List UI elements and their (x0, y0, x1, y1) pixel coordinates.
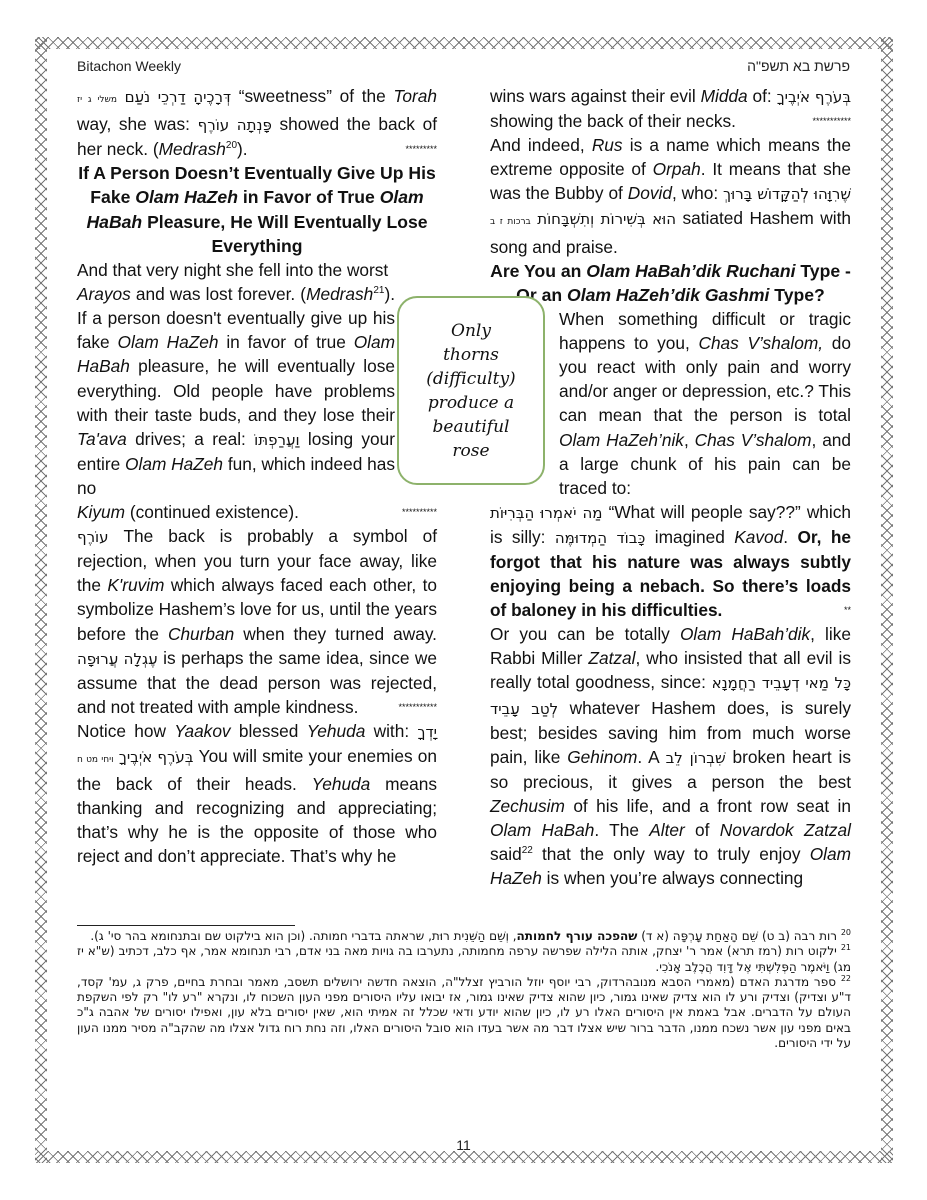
paragraph: And indeed, Rus is a name which means th… (490, 133, 851, 258)
text: of (685, 820, 720, 840)
paragraph: Or you can be totally Olam HaBah’dik, li… (490, 622, 851, 890)
source-reference: משלי ג יז (77, 95, 117, 105)
italic-term: Novardok Zatzal (720, 820, 851, 840)
footnotes: 20 רות רבה (ב ט) שֵׁם הָאַחַת עָרְפָּה (… (77, 929, 851, 1051)
footnote-ref-20[interactable]: 20 (226, 140, 237, 151)
text: ספר מדרגת האדם (מאמרי הסבא מנובהרדוק, רב… (77, 975, 851, 1050)
section-divider-stars: ********* (405, 137, 437, 161)
callout-line: Only (426, 319, 515, 343)
source-reference: ויחי מט ח (77, 755, 114, 765)
publication-title: Bitachon Weekly (77, 58, 181, 74)
italic-term: Olam HaZeh’nik (559, 430, 684, 450)
text: Or you can be totally (490, 624, 680, 644)
italic-term: Yaakov (174, 721, 230, 741)
border-top (35, 37, 893, 49)
text: is when you’re always connecting (542, 868, 803, 888)
paragraph: עוֹרֶף The back is probably a symbol of … (77, 524, 437, 719)
text: Type? (769, 285, 824, 305)
text: showing the back of their necks. (490, 111, 736, 131)
text: Notice how (77, 721, 174, 741)
text: . The (594, 820, 649, 840)
italic-term: Olam HaBah’dik (680, 624, 810, 644)
hebrew-quote: פָּנְתָה עוֹרֶף (198, 116, 272, 134)
left-column: דְּרָכֶיהָ דַרְכֵי נֹעַם משלי ג יז “swee… (77, 84, 437, 868)
hebrew-quote: עֶגְלָה עֲרוּפָה (77, 650, 158, 668)
hebrew-quote: עוֹרֶף (77, 528, 109, 546)
text: wins wars against their evil (490, 86, 701, 106)
italic-term: Yehuda (307, 721, 366, 741)
section-divider-stars: ********** (402, 500, 437, 524)
text: ). (237, 139, 248, 159)
italic-term: Olam HaBah’dik Ruchani (586, 261, 795, 281)
text: in Favor of True (238, 187, 380, 207)
italic-term: Olam HaBah (490, 820, 594, 840)
right-column: wins wars against their evil Midda of: ב… (490, 84, 851, 890)
bold-emphasis: שהפכה עורף לחמותה (517, 929, 638, 943)
text: drives; a real: (127, 429, 254, 449)
paragraph: דְּרָכֶיהָ דַרְכֵי נֹעַם משלי ג יז “swee… (77, 84, 437, 161)
italic-term: Kavod (734, 527, 783, 547)
italic-term: K'ruvim (107, 575, 164, 595)
callout-line: beautiful (426, 415, 515, 439)
italic-term: Medrash (306, 284, 373, 304)
italic-term: Arayos (77, 284, 131, 304)
text: . (783, 527, 797, 547)
callout-line: (difficulty) (426, 367, 515, 391)
callout-line: thorns (426, 343, 515, 367)
callout-line: produce a (426, 391, 515, 415)
hebrew-quote: כָּבוֹד הַמְדוּמֶּה (555, 529, 645, 547)
text: with: (365, 721, 417, 741)
footnote-separator (77, 925, 295, 926)
italic-term: Churban (168, 624, 234, 644)
text: , (684, 430, 695, 450)
text: . A (637, 747, 665, 767)
text: way, she was: (77, 114, 198, 134)
footnote-ref-22[interactable]: 22 (522, 845, 533, 856)
section-divider-stars: *********** (398, 695, 437, 719)
paragraph: Notice how Yaakov blessed Yehuda with: י… (77, 719, 437, 869)
border-right (881, 37, 893, 1163)
text: blessed (231, 721, 307, 741)
callout-line: rose (426, 439, 515, 463)
footnote-22: 22 ספר מדרגת האדם (מאמרי הסבא מנובהרדוק,… (77, 975, 851, 1051)
text: and was lost forever. ( (131, 284, 306, 304)
footnote-number: 21 (841, 943, 851, 952)
text: Are You an (490, 261, 586, 281)
parsha-title: פרשת בא תשפ"ה (747, 58, 850, 74)
text: And indeed, (490, 135, 592, 155)
text: , וְשֵׁם הַשֵּׁנִית רוּת, שראתה בדברי חמ… (90, 929, 516, 943)
source-reference: ברכות ז ב (490, 217, 531, 227)
italic-term: Olam HaZeh (125, 454, 223, 474)
italic-term: Medrash (159, 139, 226, 159)
text: ילקוט רות (רמז תרא) אמר ר' יצחק, אותה הל… (77, 944, 851, 973)
footnote-20: 20 רות רבה (ב ט) שֵׁם הָאַחַת עָרְפָּה (… (77, 929, 851, 944)
text: said (490, 844, 522, 864)
footnote-number: 22 (841, 974, 851, 983)
italic-term: Torah (393, 86, 437, 106)
text: (continued existence). (125, 502, 299, 522)
text: of his life, and a front row seat in (565, 796, 851, 816)
text: And that very night she fell into the wo… (77, 260, 388, 280)
italic-term: Gehinom (567, 747, 637, 767)
italic-term: Ta'ava (77, 429, 127, 449)
italic-term: Yehuda (312, 774, 371, 794)
hebrew-quote: שִׁבְרוֹן לֵב (666, 749, 726, 767)
text: imagined (645, 527, 734, 547)
text: in favor of true (219, 332, 354, 352)
text: when they turned away. (234, 624, 437, 644)
text: Pleasure, He Will Eventually Lose Everyt… (142, 212, 427, 256)
section-heading-right: Are You an Olam HaBah’dik Ruchani Type -… (490, 259, 851, 307)
italic-term: Orpah (653, 159, 701, 179)
italic-term: Zechusim (490, 796, 565, 816)
paragraph: wins wars against their evil Midda of: ב… (490, 84, 851, 133)
hebrew-quote: בְּעֹרֶף אֹיְבֶיךָ (777, 88, 851, 106)
italic-term: Olam HaZeh (118, 332, 219, 352)
hebrew-quote: וַעֲרַפְתּוֹ (254, 431, 299, 449)
text: of: (748, 86, 777, 106)
hebrew-quote: מַה יֹאמְרוּ הַבְּרִיּוֹת (490, 504, 602, 522)
section-heading-left: If A Person Doesn’t Eventually Give Up H… (77, 161, 437, 258)
border-left (35, 37, 47, 1163)
callout-text: Only thorns (difficulty) produce a beaut… (426, 319, 515, 463)
text: “sweetness” of the (231, 86, 393, 106)
text: that the only way to truly enjoy (533, 844, 810, 864)
italic-term: Kiyum (77, 502, 125, 522)
hebrew-quote: דְּרָכֶיהָ דַרְכֵי נֹעַם (125, 88, 231, 106)
text: רות רבה (ב ט) שֵׁם הָאַחַת עָרְפָּה (א ד… (637, 929, 840, 943)
page-number: 11 (0, 1137, 927, 1153)
italic-term: Chas V’shalom, (698, 333, 823, 353)
footnote-21: 21 ילקוט רות (רמז תרא) אמר ר' יצחק, אותה… (77, 944, 851, 975)
footnote-number: 20 (841, 928, 851, 937)
paragraph: And that very night she fell into the wo… (77, 258, 437, 524)
italic-term: Zatzal (588, 648, 635, 668)
italic-term: Olam HaZeh (135, 187, 238, 207)
footnote-ref-21[interactable]: 21 (373, 285, 384, 296)
italic-term: Midda (701, 86, 748, 106)
section-divider-stars: ** (844, 598, 851, 622)
section-divider-stars: *********** (812, 109, 851, 133)
italic-term: Alter (649, 820, 685, 840)
italic-term: Chas V’shalom (695, 430, 812, 450)
italic-term: Dovid (628, 183, 672, 203)
pull-quote-callout: Only thorns (difficulty) produce a beaut… (397, 296, 545, 485)
italic-term: Olam HaZeh’dik Gashmi (567, 285, 769, 305)
italic-term: Rus (592, 135, 623, 155)
text: , who: (672, 183, 723, 203)
